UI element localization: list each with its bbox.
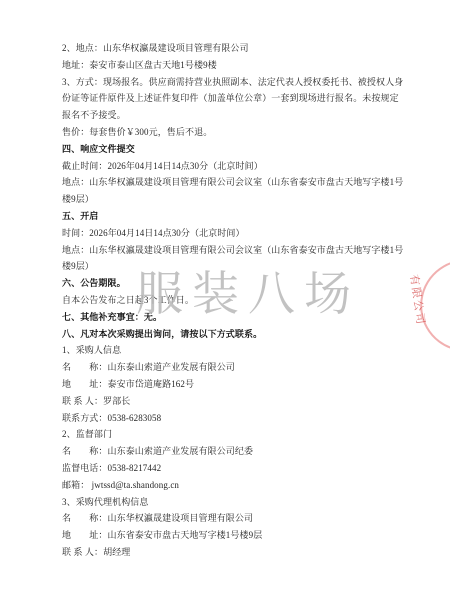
seal-ring-icon <box>414 254 450 358</box>
text-line: 2、监督部门 <box>62 426 407 443</box>
text-line: 楼9层） <box>62 258 407 275</box>
text-line: 地点：山东华权瀛晟建设项目管理有限公司会议室（山东省泰安市盘古天地写字楼1号 <box>62 174 407 191</box>
text-line: 监督电话：0538-8217442 <box>62 460 407 477</box>
text-line: 八、凡对本次采购提出询问，请按以下方式联系。 <box>62 326 407 343</box>
seal-text: 有限公司 <box>406 273 431 341</box>
text-line: 售价：每套售价￥300元，售后不退。 <box>62 124 407 141</box>
text-line: 1、采购人信息 <box>62 342 407 359</box>
text-line: 四、响应文件提交 <box>62 141 407 158</box>
text-line: 地 址：山东省泰安市盘古天地写字楼1号楼9层 <box>62 527 407 544</box>
text-line: 名 称：山东泰山索道产业发展有限公司纪委 <box>62 443 407 460</box>
document-page: 2、地点：山东华权瀛晟建设项目管理有限公司地址：泰安市泰山区盘古天地1号楼9楼3… <box>0 0 450 600</box>
text-line: 邮箱： jwtssd@ta.shandong.cn <box>62 477 407 494</box>
text-line: 3、采购代理机构信息 <box>62 494 407 511</box>
text-line: 地 址：泰安市岱道庵路162号 <box>62 376 407 393</box>
document-body: 2、地点：山东华权瀛晟建设项目管理有限公司地址：泰安市泰山区盘古天地1号楼9楼3… <box>62 40 407 561</box>
text-line: 地点：山东华权瀛晟建设项目管理有限公司会议室（山东省泰安市盘古天地写字楼1号 <box>62 242 407 259</box>
text-line: 五、开启 <box>62 208 407 225</box>
text-line: 联系方式：0538-6283058 <box>62 410 407 427</box>
text-line: 份证等证件原件及上述证件复印件（加盖单位公章）一套到现场进行报名。未按规定 <box>62 90 407 107</box>
text-line: 3、方式：现场报名。供应商需持营业执照副本、法定代表人授权委托书、被授权人身 <box>62 74 407 91</box>
text-line: 截止时间：2026年04月14日14点30分（北京时间） <box>62 158 407 175</box>
text-line: 地址：泰安市泰山区盘古天地1号楼9楼 <box>62 57 407 74</box>
text-line: 联 系 人：罗部长 <box>62 393 407 410</box>
text-line: 自本公告发布之日起3个工作日。 <box>62 292 407 309</box>
text-line: 时间：2026年04月14日14点30分（北京时间） <box>62 225 407 242</box>
text-line: 七、其他补充事宜：无。 <box>62 309 407 326</box>
text-line: 楼9层） <box>62 191 407 208</box>
text-line: 名 称：山东泰山索道产业发展有限公司 <box>62 359 407 376</box>
text-line: 名 称：山东华权瀛晟建设项目管理有限公司 <box>62 510 407 527</box>
text-line: 六、公告期限。 <box>62 275 407 292</box>
text-line: 报名不予接受。 <box>62 107 407 124</box>
text-line: 2、地点：山东华权瀛晟建设项目管理有限公司 <box>62 40 407 57</box>
text-line: 联 系 人：胡经理 <box>62 544 407 561</box>
